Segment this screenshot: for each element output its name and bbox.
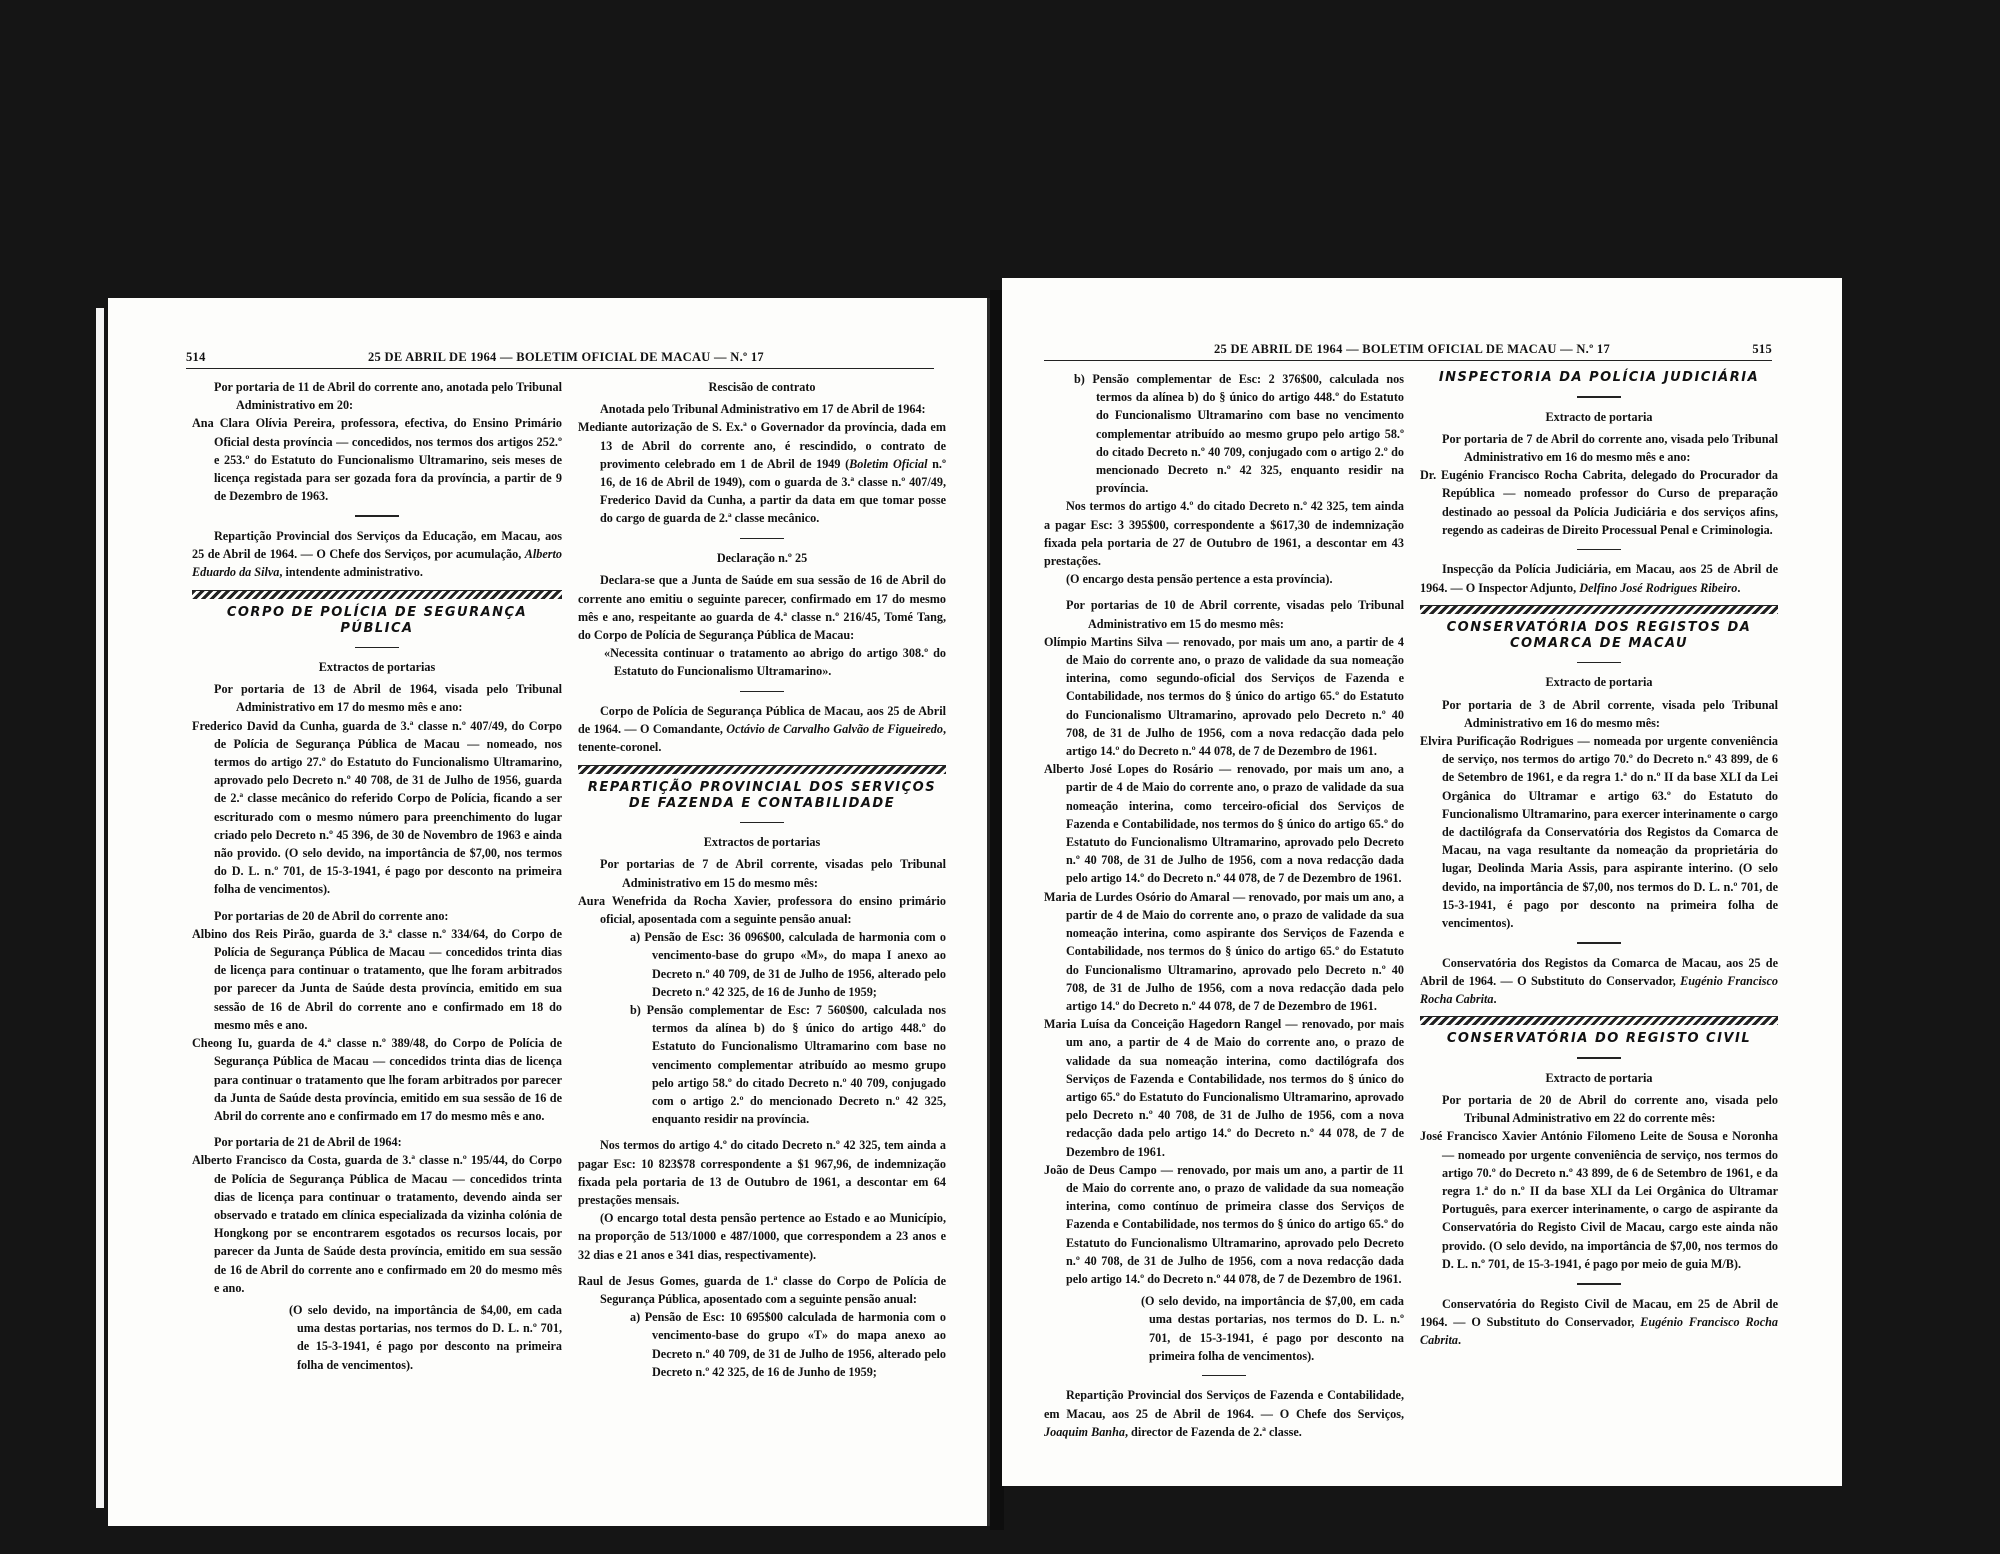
divider <box>1202 1375 1246 1377</box>
signature-paragraph: Conservatória dos Registos da Comarca de… <box>1420 954 1778 1009</box>
paragraph: Alberto José Lopes do Rosário — renovado… <box>1044 760 1404 887</box>
paragraph: Declara-se que a Junta de Saúde em sua s… <box>578 571 946 644</box>
list-item: a) Pensão de Esc: 10 695$00 calculada de… <box>578 1308 946 1381</box>
list-item: b) Pensão complementar de Esc: 7 560$00,… <box>578 1001 946 1128</box>
paragraph: Nos termos do artigo 4.º do citado Decre… <box>578 1136 946 1209</box>
running-head-title: 25 DE ABRIL DE 1964 — BOLETIM OFICIAL DE… <box>1214 342 1610 357</box>
paragraph: Nos termos do artigo 4.º do citado Decre… <box>1044 497 1404 570</box>
ornamental-divider <box>578 765 946 774</box>
sub-heading: Extracto de portaria <box>1420 673 1778 691</box>
divider <box>1577 549 1621 551</box>
note: (O selo devido, na importância de $4,00,… <box>192 1301 562 1374</box>
section-title: CONSERVATÓRIA DO REGISTO CIVIL <box>1420 1031 1778 1047</box>
paragraph: Anotada pelo Tribunal Administrativo em … <box>578 400 946 418</box>
paragraph: João de Deus Campo — renovado, por mais … <box>1044 1161 1404 1288</box>
signature-paragraph: Inspecção da Polícia Judiciária, em Maca… <box>1420 560 1778 596</box>
paragraph: Alberto Francisco da Costa, guarda de 3.… <box>192 1151 562 1297</box>
paragraph: Cheong Iu, guarda de 4.ª classe n.º 389/… <box>192 1034 562 1125</box>
paragraph: (O encargo desta pensão pertence a esta … <box>1044 570 1404 588</box>
paragraph: Por portaria de 7 de Abril do corrente a… <box>1420 430 1778 466</box>
paragraph: Maria Luísa da Conceição Hagedorn Rangel… <box>1044 1015 1404 1161</box>
paragraph: Por portaria de 11 de Abril do corrente … <box>192 378 562 414</box>
quote: «Necessita continuar o tratamento ao abr… <box>578 644 946 680</box>
paragraph: Olímpio Martins Silva — renovado, por ma… <box>1044 633 1404 760</box>
sub-heading: Extracto de portaria <box>1420 1069 1778 1087</box>
section-title: CONSERVATÓRIA DOS REGISTOS DA COMARCA DE… <box>1420 620 1778 652</box>
paragraph: (O encargo total desta pensão pertence a… <box>578 1209 946 1264</box>
right-column-1: b) Pensão complementar de Esc: 2 376$00,… <box>1044 370 1404 1441</box>
paragraph: Albino dos Reis Pirão, guarda de 3.ª cla… <box>192 925 562 1034</box>
list-item: b) Pensão complementar de Esc: 2 376$00,… <box>1044 370 1404 497</box>
divider <box>1577 662 1621 664</box>
paragraph: Por portaria de 20 de Abril do corrente … <box>1420 1091 1778 1127</box>
section-title: CORPO DE POLÍCIA DE SEGURANÇA PÚBLICA <box>192 605 562 637</box>
list-item: a) Pensão de Esc: 36 096$00, calculada d… <box>578 928 946 1001</box>
left-page: 514 25 DE ABRIL DE 1964 — BOLETIM OFICIA… <box>108 298 993 1526</box>
page-edge <box>96 308 104 1508</box>
running-head-title: 25 DE ABRIL DE 1964 — BOLETIM OFICIAL DE… <box>368 350 764 365</box>
page-number: 514 <box>186 350 206 365</box>
running-head-left: 514 25 DE ABRIL DE 1964 — BOLETIM OFICIA… <box>186 350 934 369</box>
divider <box>1577 1057 1621 1059</box>
sub-heading: Extractos de portarias <box>578 833 946 851</box>
divider <box>1577 942 1621 944</box>
section-title: REPARTIÇÃO PROVINCIAL DOS SERVIÇOS DE FA… <box>578 780 946 812</box>
paragraph: Por portarias de 7 de Abril corrente, vi… <box>578 855 946 891</box>
paragraph: Por portarias de 20 de Abril do corrente… <box>192 907 562 925</box>
running-head-right: 25 DE ABRIL DE 1964 — BOLETIM OFICIAL DE… <box>1044 342 1772 361</box>
right-column-2: INSPECTORIA DA POLÍCIA JUDICIÁRIA Extrac… <box>1420 370 1778 1349</box>
paragraph: Elvira Purificação Rodrigues — nomeada p… <box>1420 732 1778 932</box>
divider <box>740 822 784 824</box>
section-title: INSPECTORIA DA POLÍCIA JUDICIÁRIA <box>1420 370 1778 386</box>
ornamental-divider <box>1420 1016 1778 1025</box>
signature-paragraph: Conservatória do Registo Civil de Macau,… <box>1420 1295 1778 1350</box>
page-number: 515 <box>1752 342 1772 357</box>
paragraph: Raul de Jesus Gomes, guarda de 1.ª class… <box>578 1272 946 1308</box>
divider <box>740 691 784 693</box>
note: (O selo devido, na importância de $7,00,… <box>1044 1292 1404 1365</box>
divider <box>1577 396 1621 398</box>
signature-paragraph: Corpo de Polícia de Segurança Pública de… <box>578 702 946 757</box>
divider <box>355 515 399 517</box>
ornamental-divider <box>192 590 562 599</box>
paragraph: Maria de Lurdes Osório do Amaral — renov… <box>1044 888 1404 1015</box>
paragraph: Frederico David da Cunha, guarda de 3.ª … <box>192 717 562 899</box>
left-column-1: Por portaria de 11 de Abril do corrente … <box>192 378 562 1374</box>
sub-heading: Declaração n.º 25 <box>578 549 946 567</box>
paragraph: José Francisco Xavier António Filomeno L… <box>1420 1127 1778 1273</box>
paragraph: Por portaria de 21 de Abril de 1964: <box>192 1133 562 1151</box>
sub-heading: Rescisão de contrato <box>578 378 946 396</box>
paragraph: Dr. Eugénio Francisco Rocha Cabrita, del… <box>1420 466 1778 539</box>
paragraph: Por portarias de 10 de Abril corrente, v… <box>1044 596 1404 632</box>
left-column-2: Rescisão de contrato Anotada pelo Tribun… <box>578 378 946 1381</box>
paragraph: Aura Wenefrida da Rocha Xavier, professo… <box>578 892 946 928</box>
sub-heading: Extracto de portaria <box>1420 408 1778 426</box>
ornamental-divider <box>1420 605 1778 614</box>
paragraph: Mediante autorização de S. Ex.ª o Govern… <box>578 418 946 527</box>
divider <box>1577 1283 1621 1285</box>
sub-heading: Extractos de portarias <box>192 658 562 676</box>
right-page: 25 DE ABRIL DE 1964 — BOLETIM OFICIAL DE… <box>1002 278 1842 1486</box>
divider <box>355 647 399 649</box>
divider <box>740 538 784 540</box>
signature-paragraph: Repartição Provincial dos Serviços de Fa… <box>1044 1386 1404 1441</box>
paragraph: Por portaria de 3 de Abril corrente, vis… <box>1420 696 1778 732</box>
paragraph: Ana Clara Olívia Pereira, professora, ef… <box>192 414 562 505</box>
paragraph: Por portaria de 13 de Abril de 1964, vis… <box>192 680 562 716</box>
signature-paragraph: Repartição Provincial dos Serviços da Ed… <box>192 527 562 582</box>
